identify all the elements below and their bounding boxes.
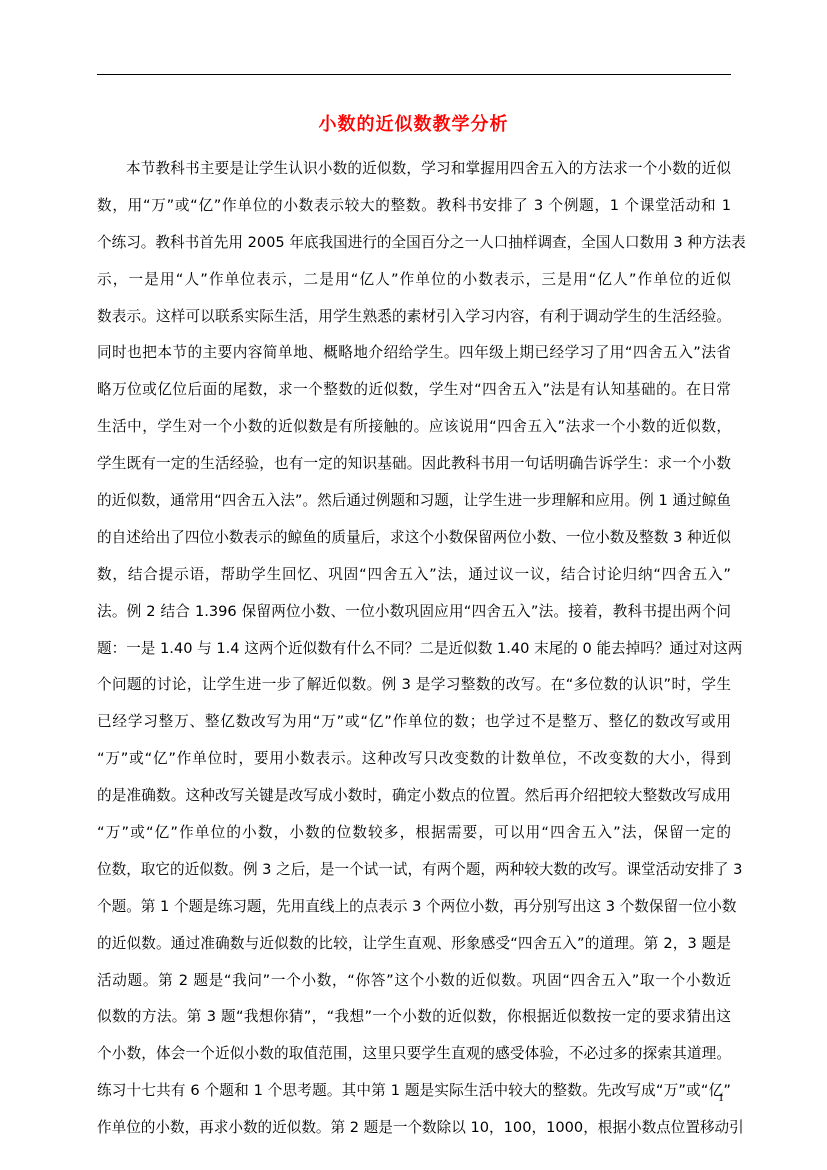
text-line: 数，用“万”或“亿”作单位的小数表示较大的整数。教科书安排了 3 个例题，1 个… (97, 188, 731, 225)
header-rule (97, 74, 731, 75)
text-line: 的近似数，通常用“四舍五入法”。然后通过例题和习题，让学生进一步理解和应用。例 … (97, 483, 731, 520)
text-line: 个问题的讨论，让学生进一步了解近似数。例 3 是学习整数的改写。在“多位数的认识… (97, 667, 731, 704)
text-line: 的自述给出了四位小数表示的鲸鱼的质量后，求这个小数保留两位小数、一位小数及整数 … (97, 520, 731, 557)
text-line: 生活中，学生对一个小数的近似数是有所接触的。应该说用“四舍五入”法求一个小数的近… (97, 409, 731, 446)
text-line: 个小数，体会一个近似小数的取值范围，这里只要学生直观的感受体验，不必过多的探索其… (97, 1036, 731, 1073)
text-line: 略万位或亿位后面的尾数，求一个整数的近似数，学生对“四舍五入”法是有认知基础的。… (97, 372, 731, 409)
text-line: 法。例 2 结合 1.396 保留两位小数、一位小数巩固应用“四舍五入”法。接着… (97, 594, 731, 631)
text-line: 数，结合提示语，帮助学生回忆、巩固“四舍五入”法，通过议一议，结合讨论归纳“四舍… (97, 557, 731, 594)
text-line: 个题。第 1 个题是练习题，先用直线上的点表示 3 个两位小数，再分别写出这 3… (97, 889, 731, 926)
text-line: 的是准确数。这种改写关键是改写成小数时，确定小数点的位置。然后再介绍把较大整数改… (97, 778, 731, 815)
text-line: 学生既有一定的生活经验，也有一定的知识基础。因此教科书用一句话明确告诉学生：求一… (97, 446, 731, 483)
text-line: 练习十七共有 6 个题和 1 个思考题。其中第 1 题是实际生活中较大的整数。先… (97, 1073, 731, 1110)
body-paragraph: 本节教科书主要是让学生认识小数的近似数，学习和掌握用四舍五入的方法求一个小数的近… (97, 151, 731, 1147)
text-line: “万”或“亿”作单位的小数，小数的位数较多，根据需要，可以用“四舍五入”法，保留… (97, 815, 731, 852)
text-line: 的近似数。通过准确数与近似数的比较，让学生直观、形象感受“四舍五入”的道理。第 … (97, 926, 731, 963)
text-line: 作单位的小数，再求小数的近似数。第 2 题是一个数除以 10，100，1000，… (97, 1110, 731, 1147)
text-line: 个练习。教科书首先用 2005 年底我国进行的全国百分之一人口抽样调查，全国人口… (97, 225, 731, 262)
text-line: 数表示。这样可以联系实际生活，用学生熟悉的素材引入学习内容，有利于调动学生的生活… (97, 299, 731, 336)
text-line: 本节教科书主要是让学生认识小数的近似数，学习和掌握用四舍五入的方法求一个小数的近… (97, 151, 731, 188)
text-line: “万”或“亿”作单位时，要用小数表示。这种改写只改变数的计数单位，不改变数的大小… (97, 741, 731, 778)
text-line: 同时也把本节的主要内容简单地、概略地介绍给学生。四年级上期已经学习了用“四舍五入… (97, 335, 731, 372)
text-line: 位数，取它的近似数。例 3 之后，是一个试一试，有两个题，两种较大数的改写。课堂… (97, 852, 731, 889)
text-line: 示，一是用“人”作单位表示，二是用“亿人”作单位的小数表示，三是用“亿人”作单位… (97, 262, 731, 299)
text-line: 活动题。第 2 题是“我问”一个小数，“你答”这个小数的近似数。巩固“四舍五入”… (97, 963, 731, 1000)
text-line: 已经学习整万、整亿数改写为用“万”或“亿”作单位的数；也学过不是整万、整亿的数改… (97, 704, 731, 741)
document-title: 小数的近似数教学分析 (0, 110, 827, 136)
text-line: 似数的方法。第 3 题“我想你猜”，“我想”一个小数的近似数，你根据近似数按一定… (97, 999, 731, 1036)
text-line: 题：一是 1.40 与 1.4 这两个近似数有什么不同？二是近似数 1.40 末… (97, 631, 731, 668)
page-number: 1 (718, 1090, 724, 1105)
